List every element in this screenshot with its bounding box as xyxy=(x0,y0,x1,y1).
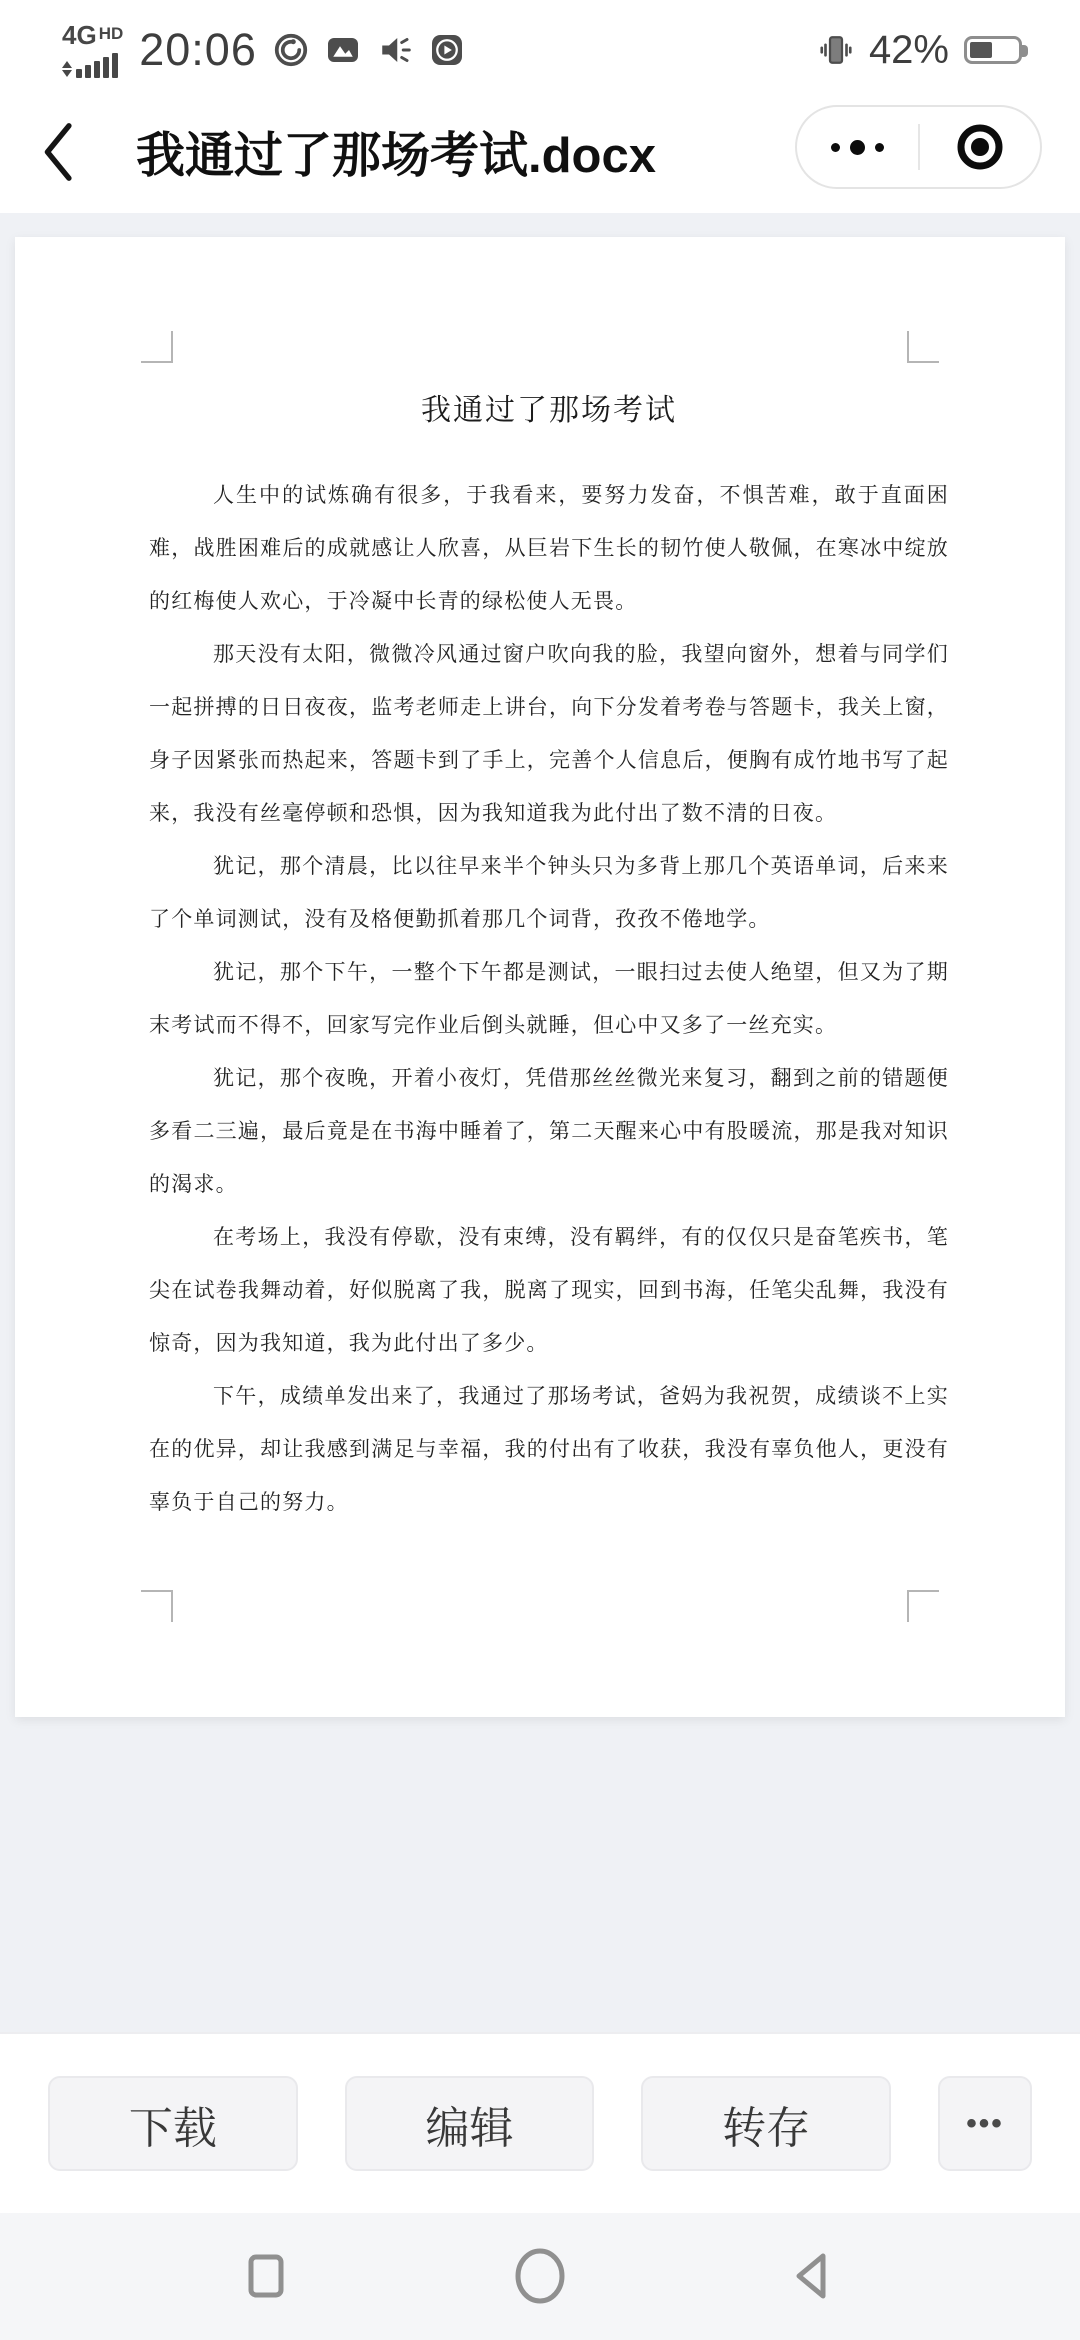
chevron-left-icon xyxy=(40,121,74,183)
target-icon xyxy=(954,121,1006,173)
document-viewer[interactable]: 我通过了那场考试 人生中的试炼确有很多，于我看来，要努力发奋，不惧苦难，敢于直面… xyxy=(0,213,1080,2032)
more-dots-icon xyxy=(831,140,884,155)
hd-badge: HD xyxy=(99,24,124,43)
edit-button[interactable]: 编辑 xyxy=(345,2076,595,2171)
more-actions-button[interactable]: ••• xyxy=(938,2076,1032,2171)
app-screen: 4GHD 20:06 xyxy=(0,0,1080,2340)
home-button[interactable] xyxy=(507,2244,573,2310)
triangle-icon xyxy=(780,2244,846,2310)
battery-icon xyxy=(964,36,1022,64)
paragraph: 下午，成绩单发出来了，我通过了那场考试，爸妈为我祝贺，成绩谈不上实在的优异，却让… xyxy=(149,1370,949,1529)
corner-mark-bottom-left xyxy=(141,1590,173,1622)
android-navbar xyxy=(0,2213,1080,2340)
square-icon xyxy=(234,2244,300,2310)
paragraph: 那天没有太阳，微微冷风通过窗户吹向我的脸，我望向窗外，想着与同学们一起拼搏的日日… xyxy=(149,628,949,840)
mini-program-capsule xyxy=(795,105,1042,189)
paragraph: 人生中的试炼确有很多，于我看来，要努力发奋，不惧苦难，敢于直面困难，战胜困难后的… xyxy=(149,469,949,628)
paragraph: 犹记，那个清晨，比以往早来半个钟头只为多背上那几个英语单词，后来来了个单词测试，… xyxy=(149,840,949,946)
network-type: 4GHD xyxy=(62,23,123,52)
battery-nub xyxy=(1022,45,1028,57)
signal-strength-bars xyxy=(76,53,118,78)
clock: 20:06 xyxy=(139,24,257,76)
status-right-cluster: 42% xyxy=(818,28,1022,73)
document-title: 我通过了那场考试 xyxy=(149,237,949,429)
vibrate-icon xyxy=(818,32,854,68)
exit-button[interactable] xyxy=(920,107,1041,187)
battery-fill xyxy=(970,42,992,58)
recents-button[interactable] xyxy=(234,2244,300,2310)
corner-mark-top-left xyxy=(141,331,173,363)
signal-indicator: 4GHD xyxy=(62,23,123,78)
gallery-app-icon xyxy=(325,32,361,68)
page-content: 我通过了那场考试 人生中的试炼确有很多，于我看来，要努力发奋，不惧苦难，敢于直面… xyxy=(15,237,1065,1717)
nav-bar: 我通过了那场考试.docx xyxy=(0,90,1080,213)
speaker-icon xyxy=(377,32,413,68)
back-nav-button[interactable] xyxy=(780,2244,846,2310)
document-body: 人生中的试炼确有很多，于我看来，要努力发奋，不惧苦难，敢于直面困难，战胜困难后的… xyxy=(149,469,949,1529)
more-button[interactable] xyxy=(797,107,918,187)
music-app-icon xyxy=(273,32,309,68)
paragraph: 犹记，那个下午，一整个下午都是测试，一眼扫过去使人绝望，但又为了期末考试而不得不… xyxy=(149,946,949,1052)
signal-bars-icon xyxy=(62,53,123,78)
paragraph: 在考场上，我没有停歇，没有束缚，没有羁绊，有的仅仅只是奋笔疾书，笔尖在试卷我舞动… xyxy=(149,1211,949,1370)
network-type-label: 4G xyxy=(62,20,97,50)
video-app-icon xyxy=(429,32,465,68)
download-button[interactable]: 下载 xyxy=(48,2076,298,2171)
file-title: 我通过了那场考试.docx xyxy=(136,117,656,187)
status-bar: 4GHD 20:06 xyxy=(0,0,1080,90)
document-page: 我通过了那场考试 人生中的试炼确有很多，于我看来，要努力发奋，不惧苦难，敢于直面… xyxy=(15,237,1065,1717)
corner-mark-top-right xyxy=(907,331,939,363)
paragraph: 犹记，那个夜晚，开着小夜灯，凭借那丝丝微光来复习，翻到之前的错题便多看二三遍，最… xyxy=(149,1052,949,1211)
data-arrows-icon xyxy=(62,61,72,78)
status-left-cluster: 4GHD 20:06 xyxy=(62,23,818,78)
save-to-button[interactable]: 转存 xyxy=(641,2076,891,2171)
battery-percent: 42% xyxy=(869,28,949,73)
bottom-toolbar: 下载 编辑 转存 ••• xyxy=(0,2032,1080,2213)
corner-mark-bottom-right xyxy=(907,1590,939,1622)
back-button[interactable] xyxy=(40,112,100,192)
circle-icon xyxy=(507,2244,573,2310)
